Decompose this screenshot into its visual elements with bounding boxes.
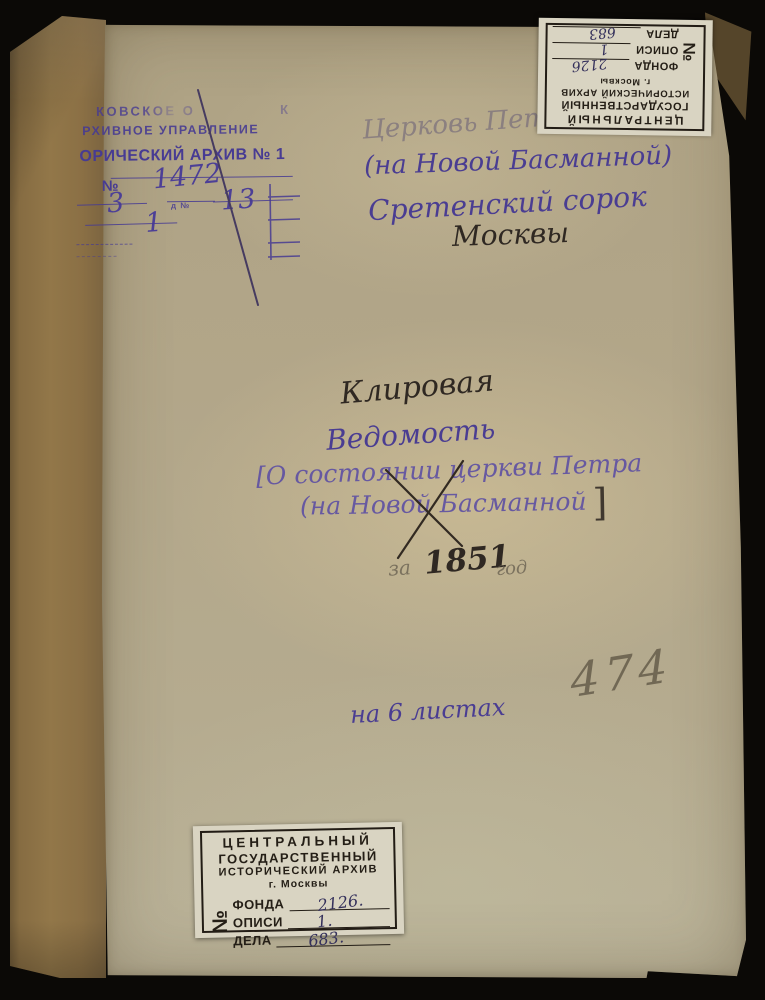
label-org-line-1: ЦЕНТРАЛЬНЫЙ xyxy=(551,110,697,126)
stamp-rule-line xyxy=(85,222,177,226)
opis-line: 1 xyxy=(552,42,630,44)
delo-label: ДЕЛА xyxy=(233,932,272,948)
stamp-dashed-line xyxy=(77,256,117,257)
label-org-line-2: ГОСУДАРСТВЕННЫЙ xyxy=(552,97,698,112)
delo-value: 683. xyxy=(307,927,345,950)
handwritten-year-suffix: год xyxy=(495,557,528,580)
stamp-delo-label: д № xyxy=(171,201,190,210)
archive-label-top-right: ЦЕНТРАЛЬНЫЙ ГОСУДАРСТВЕННЫЙ ИСТОРИЧЕСКИЙ… xyxy=(537,18,713,136)
closing-bracket: ] xyxy=(586,480,608,524)
label-row-delo: ДЕЛА 683. xyxy=(233,927,390,948)
label-table: № ФОНДА 2126 ОПИСИ 1 ДЕЛА 683 xyxy=(552,26,699,76)
fond-line: 2126 xyxy=(552,58,629,60)
label-row-fond: ФОНДА 2126 xyxy=(552,58,678,76)
archive-label-frame: ЦЕНТРАЛЬНЫЙ ГОСУДАРСТВЕННЫЙ ИСТОРИЧЕСКИЙ… xyxy=(544,23,705,131)
label-row-delo: ДЕЛА 683 xyxy=(552,26,678,44)
opis-value: 1 xyxy=(599,40,609,57)
stamp-org-line-2: РХИВНОЕ УПРАВЛЕНИЕ xyxy=(82,122,259,138)
archive-label-frame: ЦЕНТРАЛЬНЫЙ ГОСУДАРСТВЕННЫЙ ИСТОРИЧЕСКИЙ… xyxy=(200,827,397,933)
label-table: № ФОНДА 2126. ОПИСИ 1. ДЕЛА 683. xyxy=(208,891,390,949)
numero-symbol: № xyxy=(194,909,248,934)
label-row-opis: ОПИСИ 1. xyxy=(233,909,390,930)
stamp-org-line-1-tail: К xyxy=(280,102,288,117)
archive-label-bottom: ЦЕНТРАЛЬНЫЙ ГОСУДАРСТВЕННЫЙ ИСТОРИЧЕСКИЙ… xyxy=(193,822,404,938)
label-rows: ФОНДА 2126 ОПИСИ 1 ДЕЛА 683 xyxy=(552,26,679,76)
handwritten-subject-line-2: (на Новой Басманной] xyxy=(300,486,608,520)
stamp-rule-line xyxy=(167,201,215,203)
label-org-line-4: г. Москвы xyxy=(552,76,698,89)
stamp-org-line-1: КОВСКОЕ О xyxy=(96,103,195,119)
label-row-opis: ОПИСИ 1 xyxy=(552,42,678,60)
label-rows: ФОНДА 2126. ОПИСИ 1. ДЕЛА 683. xyxy=(232,891,390,948)
subject-line-2-text: (на Новой Басманной xyxy=(300,487,587,521)
handwritten-year-prefix: за xyxy=(387,555,411,581)
moscow-archive-stamp: КОВСКОЕ О К РХИВНОЕ УПРАВЛЕНИЕ ОРИЧЕСКИЙ… xyxy=(74,94,308,311)
handwritten-city: Москвы xyxy=(451,216,569,253)
label-org-line-3: ИСТОРИЧЕСКИЙ АРХИВ xyxy=(552,86,698,99)
archive-file-cover-photo: КОВСКОЕ О К РХИВНОЕ УПРАВЛЕНИЕ ОРИЧЕСКИЙ… xyxy=(0,0,765,1000)
fond-value: 2126 xyxy=(571,55,608,74)
label-row-fond: ФОНДА 2126. xyxy=(232,891,389,912)
delo-line: 683 xyxy=(553,26,641,28)
stamp-dashed-line xyxy=(76,244,132,246)
numero-symbol: № xyxy=(664,41,712,62)
delo-value: 683 xyxy=(589,23,617,41)
delo-label: ДЕЛА xyxy=(646,27,679,39)
